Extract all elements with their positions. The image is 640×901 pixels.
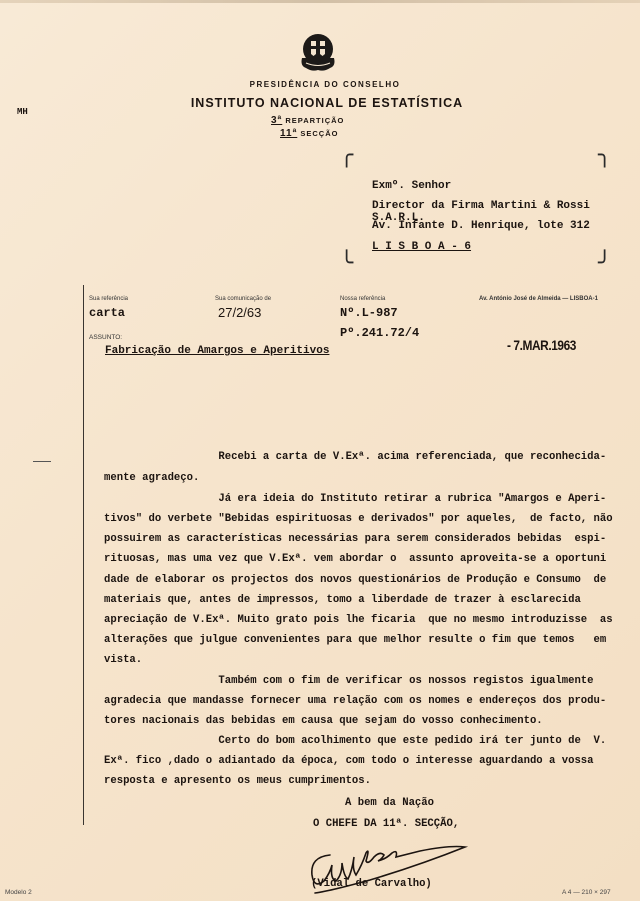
address-bracket-bottom-left: ╰ [340,250,353,276]
department-label: REPARTIÇÃO [285,116,344,125]
your-communication-value: 27/2/63 [218,305,261,320]
your-reference-label: Sua referência [89,296,128,302]
department-line: 3ª REPARTIÇÃO [271,115,344,126]
presidency-heading: PRESIDÊNCIA DO CONSELHO [0,80,640,89]
body-line: Já era ideia do Instituto retirar a rubr… [104,493,606,505]
signatory-name: (Vidal de Carvalho) [311,878,432,890]
body-line: Certo do bom acolhimento que este pedido… [104,735,606,747]
body-line: Recebi a carta de V.Exª. acima referenci… [104,451,606,463]
body-line: vista. [104,654,142,666]
body-line: Exª. fico ,dado o adiantado da época, co… [104,755,594,767]
our-reference-number: Nº.L-987 [340,306,398,320]
institute-heading: INSTITUTO NACIONAL DE ESTATÍSTICA [0,96,640,110]
paper-size: A 4 — 210 × 297 [562,889,611,896]
body-line: materiais que, antes de impressos, tomo … [104,594,581,606]
institute-address: Av. António José de Almeida — LISBOA-1 [479,296,598,302]
body-line: tivos" do verbete "Bebidas espirituosas … [104,513,613,525]
closing-title: O CHEFE DA 11ª. SECÇÃO, [313,818,459,830]
portuguese-coat-of-arms-icon [298,30,338,74]
address-bracket-bottom-right: ╯ [598,250,611,276]
department-number: 3ª [271,115,282,126]
body-line: resposta e apresento os meus cumprimento… [104,775,371,787]
our-reference-label: Nossa referência [340,296,385,302]
closing-greeting: A bem da Nação [345,797,434,809]
address-bracket-top-left: ╭ [340,142,353,168]
left-margin-rule [83,285,84,825]
body-line: possuirem as características necessárias… [104,533,606,545]
page-top-edge [0,0,640,3]
subject-label: ASSUNTO: [89,334,122,341]
subject-value: Fabricação de Amargos e Aperitivos [105,345,329,357]
address-bracket-top-right: ╮ [598,142,611,168]
body-line: agradecia que mandasse fornecer uma rela… [104,695,606,707]
section-line: 11ª SECÇÃO [280,128,338,139]
date-stamp: - 7.MAR.1963 [507,337,576,353]
body-line: tores nacionais das bebidas em causa que… [104,715,543,727]
our-process-number: Pº.241.72/4 [340,326,419,340]
body-line: alterações que julgue convenientes para … [104,634,606,646]
body-line: rituosas, mas uma vez que V.Exª. vem abo… [104,553,606,565]
section-number: 11ª [280,128,297,139]
form-model: Modelo 2 [5,889,32,896]
body-line: mente agradeço. [104,472,199,484]
body-line: dade de elaborar os projectos dos novos … [104,574,606,586]
recipient-city: L I S B O A - 6 [372,241,471,253]
recipient-address: Av. Infante D. Henrique, lote 312 [372,220,590,232]
margin-mark: MH [17,107,28,117]
your-reference-value: carta [89,306,125,320]
section-label: SECÇÃO [300,129,338,138]
recipient-salutation: Exmº. Senhor [372,180,451,192]
your-communication-label: Sua comunicação de [215,296,271,302]
fold-mark [33,461,51,462]
body-line: apreciação de V.Exª. Muito grato pois lh… [104,614,613,626]
body-line: Também com o fim de verificar os nossos … [104,675,594,687]
